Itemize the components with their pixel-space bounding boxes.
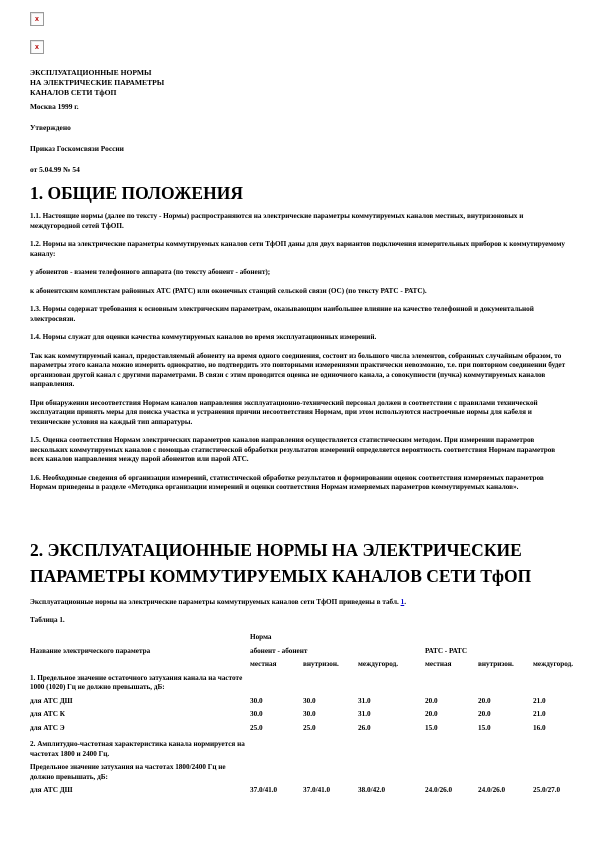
subcol-header-cell: местная (250, 658, 303, 672)
value-cell (425, 672, 478, 695)
value-cell: 20.0 (425, 708, 478, 722)
section2-heading: 2. ЭКСПЛУАТАЦИОННЫЕ НОРМЫ НА ЭЛЕКТРИЧЕСК… (30, 537, 570, 589)
document-title-line: НА ЭЛЕКТРИЧЕСКИЕ ПАРАМЕТРЫ (30, 78, 570, 88)
table-row: для АТС К 30.0 30.0 31.0 20.0 20.0 21.0 (30, 708, 578, 722)
paragraph-1-6: 1.6. Необходимые сведения об организации… (30, 474, 570, 493)
paragraph-mismatch-note: При обнаружении несоответствия Нормам ка… (30, 399, 570, 428)
value-cell (425, 761, 478, 784)
param-label-cell: для АТС Э (30, 722, 250, 736)
subcol-header-cell: внутризон. (303, 658, 358, 672)
value-cell (303, 761, 358, 784)
value-cell: 25.0 (250, 722, 303, 736)
param-label-cell: 1. Предельное значение остаточного затух… (30, 672, 250, 695)
paragraph-1-4: 1.4. Нормы служат для оценки качества ко… (30, 333, 570, 343)
paragraph-1-2: 1.2. Нормы на электрические параметры ко… (30, 240, 570, 259)
value-cell: 25.0/27.0 (533, 784, 578, 798)
value-cell (358, 761, 425, 784)
value-cell (533, 761, 578, 784)
city-year-line: Москва 1999 г. (30, 103, 570, 111)
subcol-header-cell: междугород. (533, 658, 578, 672)
document-title: ЭКСПЛУАТАЦИОННЫЕ НОРМЫ НА ЭЛЕКТРИЧЕСКИЕ … (30, 68, 570, 98)
norma-header-cell: Норма (250, 631, 578, 645)
value-cell: 15.0 (425, 722, 478, 736)
value-cell (533, 735, 578, 761)
table-row: 1. Предельное значение остаточного затух… (30, 672, 578, 695)
param-label-cell: Предельное значение затухания на частота… (30, 761, 250, 784)
section1-heading: 1. ОБЩИЕ ПОЛОЖЕНИЯ (30, 184, 570, 203)
table-row: для АТС Э 25.0 25.0 26.0 15.0 15.0 16.0 (30, 722, 578, 736)
section2-intro-period: . (404, 598, 406, 606)
broken-image-icon: x (30, 40, 44, 54)
broken-image-x-glyph: x (35, 44, 39, 51)
table-row: для АТС ДШ 37.0/41.0 37.0/41.0 38.0/42.0… (30, 784, 578, 798)
value-cell: 20.0 (478, 708, 533, 722)
empty-cell (30, 658, 250, 672)
value-cell: 30.0 (250, 708, 303, 722)
value-cell: 20.0 (425, 695, 478, 709)
param-label-cell: для АТС К (30, 708, 250, 722)
approved-line: Утверждено (30, 124, 570, 132)
order-number-line: от 5.04.99 № 54 (30, 166, 570, 174)
value-cell: 26.0 (358, 722, 425, 736)
value-cell: 31.0 (358, 708, 425, 722)
table-header-subcols-row: местная внутризон. междугород. местная в… (30, 658, 578, 672)
value-cell: 16.0 (533, 722, 578, 736)
table-row: 2. Амплитудно-частотная характеристика к… (30, 735, 578, 761)
value-cell: 24.0/26.0 (425, 784, 478, 798)
table-header-groups-row: Название электрического параметра абонен… (30, 645, 578, 659)
paragraph-channel-note: Так как коммутируемый канал, предоставля… (30, 352, 570, 390)
broken-image-icon: x (30, 12, 44, 26)
value-cell: 20.0 (478, 695, 533, 709)
section2-intro: Эксплуатационные нормы на электрические … (30, 598, 570, 608)
value-cell: 15.0 (478, 722, 533, 736)
value-cell (303, 672, 358, 695)
paragraph-variant-rats: к абонентским комплектам районных АТС (Р… (30, 287, 570, 297)
paragraph-1-5: 1.5. Оценка соответствия Нормам электрич… (30, 436, 570, 465)
value-cell (425, 735, 478, 761)
paragraph-variant-abonent: у абонентов - взамен телефонного аппарат… (30, 268, 570, 278)
subcol-header-cell: местная (425, 658, 478, 672)
paragraph-1-3: 1.3. Нормы содержат требования к основны… (30, 305, 570, 324)
group-rats-header-cell: РАТС - РАТС (425, 645, 578, 659)
value-cell: 37.0/41.0 (250, 784, 303, 798)
document-title-line: ЭКСПЛУАТАЦИОННЫЕ НОРМЫ (30, 68, 570, 78)
subcol-header-cell: внутризон. (478, 658, 533, 672)
subcol-header-cell: междугород. (358, 658, 425, 672)
param-label-cell: 2. Амплитудно-частотная характеристика к… (30, 735, 250, 761)
table-row: Предельное значение затухания на частота… (30, 761, 578, 784)
table-row: для АТС ДШ 30.0 30.0 31.0 20.0 20.0 21.0 (30, 695, 578, 709)
document-title-line: КАНАЛОВ СЕТИ ТфОП (30, 88, 570, 98)
value-cell (250, 761, 303, 784)
document-page: x x ЭКСПЛУАТАЦИОННЫЕ НОРМЫ НА ЭЛЕКТРИЧЕС… (0, 0, 595, 798)
value-cell: 37.0/41.0 (303, 784, 358, 798)
value-cell: 24.0/26.0 (478, 784, 533, 798)
value-cell (358, 735, 425, 761)
value-cell: 21.0 (533, 708, 578, 722)
empty-cell (30, 631, 250, 645)
norms-table: Норма Название электрического параметра … (30, 631, 578, 798)
value-cell (358, 672, 425, 695)
value-cell: 31.0 (358, 695, 425, 709)
param-label-cell: для АТС ДШ (30, 695, 250, 709)
value-cell (533, 672, 578, 695)
table-caption: Таблица 1. (30, 616, 570, 624)
broken-image-x-glyph: x (35, 16, 39, 23)
section2-intro-text: Эксплуатационные нормы на электрические … (30, 598, 399, 606)
param-label-cell: для АТС ДШ (30, 784, 250, 798)
value-cell (478, 672, 533, 695)
value-cell: 30.0 (303, 695, 358, 709)
value-cell (250, 735, 303, 761)
table-header-norma-row: Норма (30, 631, 578, 645)
value-cell: 21.0 (533, 695, 578, 709)
value-cell: 30.0 (250, 695, 303, 709)
value-cell: 30.0 (303, 708, 358, 722)
order-by-line: Приказ Госкомсвязи России (30, 145, 570, 153)
value-cell: 38.0/42.0 (358, 784, 425, 798)
group-abonent-header-cell: абонент - абонент (250, 645, 425, 659)
paragraph-1-1: 1.1. Настоящие нормы (далее по тексту - … (30, 212, 570, 231)
value-cell (250, 672, 303, 695)
value-cell (478, 761, 533, 784)
value-cell (478, 735, 533, 761)
value-cell (303, 735, 358, 761)
value-cell: 25.0 (303, 722, 358, 736)
param-header-cell: Название электрического параметра (30, 645, 250, 659)
